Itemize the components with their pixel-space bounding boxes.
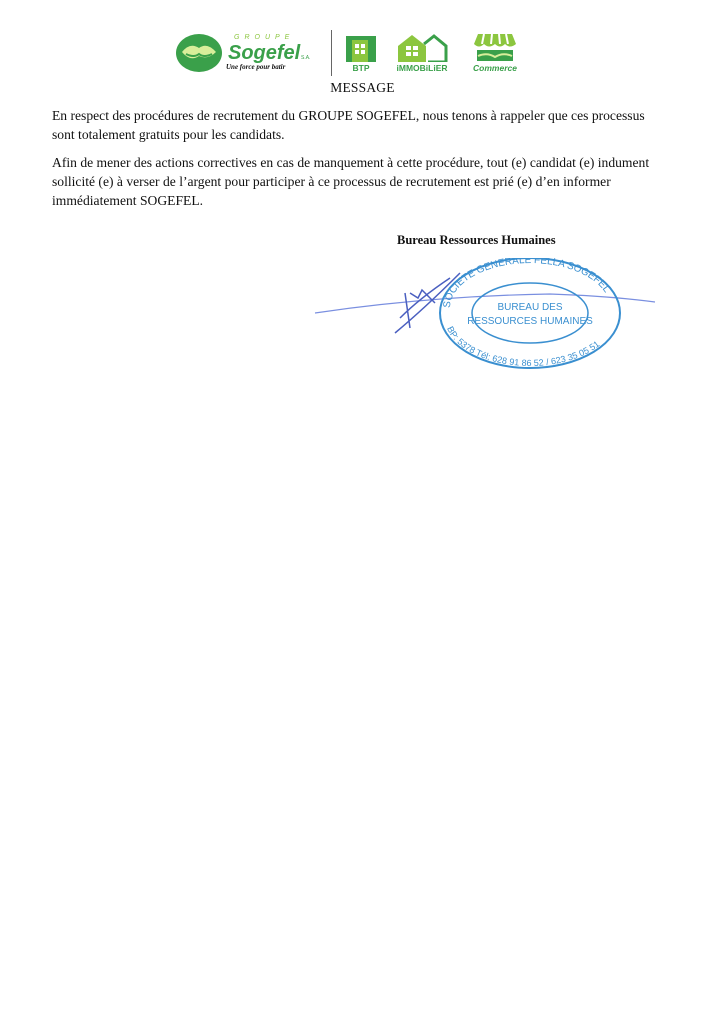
paragraph-free-recruitment: En respect des procédures de recrutement…	[52, 106, 652, 144]
signature-title: Bureau Ressources Humaines	[397, 233, 556, 248]
letterhead: GROUPE Sogefel S.A. Une force pour batir…	[174, 30, 534, 78]
sogefel-logo: GROUPE Sogefel S.A. Une force pour batir	[174, 30, 324, 76]
svg-text:BP: 5378 Tél: 628 91 86 52 / 6: BP: 5378 Tél: 628 91 86 52 / 623 35 05 5…	[445, 325, 601, 368]
brand-btp: BTP	[344, 32, 378, 73]
svg-text:S.A.: S.A.	[301, 55, 310, 61]
svg-text:BUREAU DES: BUREAU DES	[497, 302, 562, 313]
header-divider	[331, 30, 332, 76]
svg-text:RESSOURCES HUMAINES: RESSOURCES HUMAINES	[467, 316, 593, 327]
house-icon	[394, 32, 450, 62]
svg-text:Sogefel: Sogefel	[228, 42, 301, 64]
brand-immobilier: iMMOBiLiER	[394, 32, 450, 73]
paragraph-report-instructions: Afin de mener des actions correctives en…	[52, 153, 652, 210]
document-title: MESSAGE	[0, 80, 725, 96]
building-icon	[344, 32, 378, 62]
signature-stroke	[315, 294, 655, 313]
svg-text:GROUPE: GROUPE	[234, 34, 294, 41]
market-stall-icon	[472, 32, 518, 62]
brand-commerce: Commerce	[472, 32, 518, 73]
signature-stamp: SOCIETE GENERALE FELLA SOGEFEL BP: 5378 …	[310, 258, 660, 378]
svg-text:Une force pour batir: Une force pour batir	[226, 63, 286, 71]
